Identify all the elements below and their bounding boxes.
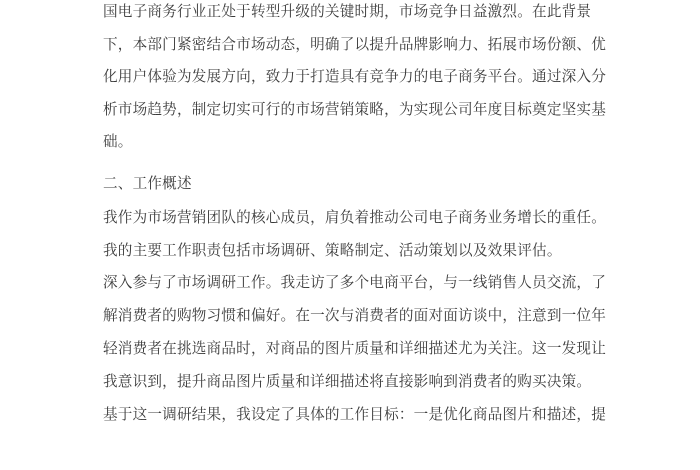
paragraph-line: 化用户体验为发展方向，致力于打造具有竞争力的电子商务平台。通过深入分 (103, 67, 606, 87)
paragraph-line: 我意识到，提升商品图片质量和详细描述将直接影响到消费者的购买决策。 (103, 372, 591, 392)
section-heading: 二、工作概述 (103, 174, 192, 194)
paragraph-line: 我作为市场营销团队的核心成员，肩负着推动公司电子商务业务增长的重任。 (103, 208, 606, 228)
paragraph-line: 国电子商务行业正处于转型升级的关键时期，市场竞争日益激烈。在此背景 (103, 2, 591, 22)
paragraph-line: 基于这一调研结果，我设定了具体的工作目标：一是优化商品图片和描述，提 (103, 405, 606, 425)
paragraph-line: 础。 (103, 132, 133, 152)
paragraph-line: 我的主要工作职责包括市场调研、策略制定、活动策划以及效果评估。 (103, 241, 562, 261)
paragraph-line: 轻消费者在挑选商品时，对商品的图片质量和详细描述尤为关注。这一发现让 (103, 339, 606, 359)
paragraph-line: 深入参与了市场调研工作。我走访了多个电商平台，与一线销售人员交流，了 (103, 273, 606, 293)
paragraph-line: 析市场趋势，制定切实可行的市场营销策略，为实现公司年度目标奠定坚实基 (103, 100, 606, 120)
paragraph-line: 下，本部门紧密结合市场动态，明确了以提升品牌影响力、拓展市场份额、优 (103, 35, 606, 55)
paragraph-line: 解消费者的购物习惯和偏好。在一次与消费者的面对面访谈中，注意到一位年 (103, 306, 606, 326)
